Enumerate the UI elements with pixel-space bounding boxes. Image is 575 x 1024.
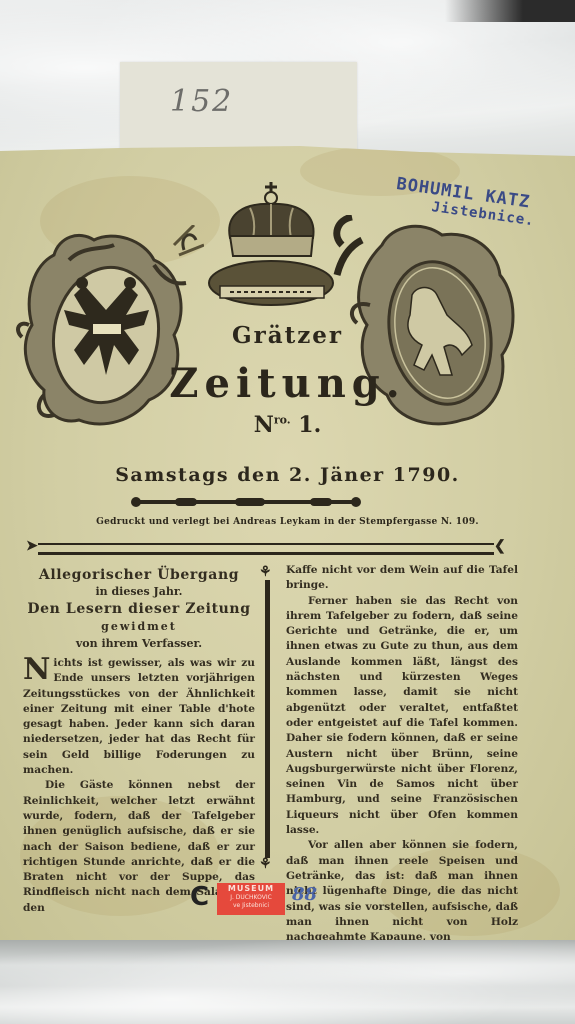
- article-title-line2: in dieses Jahr.: [23, 584, 255, 600]
- article-byline: von ihrem Verfasser.: [23, 636, 255, 652]
- issue-prefix: N: [254, 412, 274, 438]
- column-divider: [265, 580, 270, 858]
- imprint-line: Gedruckt und verlegt bei Andreas Leykam …: [0, 517, 575, 527]
- imperial-crown-icon: [205, 178, 345, 318]
- right-paragraph-3: Vor allen aber können sie fodern, daß ma…: [286, 838, 518, 945]
- issue-sup: ro.: [274, 414, 291, 427]
- blue-ink-mark: 88: [292, 884, 317, 905]
- double-rule-divider: [38, 543, 494, 555]
- right-paragraph-2: Ferner haben sie das Recht von ihrem Taf…: [286, 594, 518, 839]
- masthead-title: Zeitung.: [0, 360, 575, 407]
- left-paragraph-1: Nichts ist gewisser, als was wir zu Ende…: [23, 656, 255, 778]
- column-ornament-bottom-icon: ⚘: [259, 856, 272, 872]
- column-ornament-top-icon: ⚘: [259, 564, 272, 580]
- article-dedication: Den Lesern dieser Zeitung: [23, 600, 255, 618]
- ornament-rule: [135, 500, 357, 504]
- museum-stamp-line2: J. DUCHKOVIC: [217, 894, 285, 903]
- issue-value: 1.: [298, 412, 321, 438]
- archive-tag-number: 152: [170, 84, 233, 119]
- dateline: Samstags den 2. Jäner 1790.: [0, 464, 575, 486]
- rule-arrow-left-icon: ➤: [26, 538, 38, 554]
- masthead-title-small: Grätzer: [0, 322, 575, 349]
- dropcap: N: [23, 657, 50, 683]
- background-shadow: [445, 0, 575, 22]
- rule-arrow-right-icon: ❮: [494, 538, 506, 554]
- left-column: Allegorischer Übergang in dieses Jahr. D…: [23, 566, 255, 916]
- right-paragraph-1: Kaffe nicht vor dem Wein auf die Tafel b…: [286, 563, 518, 594]
- museum-stamp: MUSEUM J. DUCHKOVIC ve Jistebnici: [217, 883, 285, 915]
- catalog-letter: C: [190, 882, 209, 912]
- issue-number: Nro. 1.: [0, 412, 575, 438]
- article-dedication-verb: gewidmet: [23, 618, 255, 636]
- article-title: Allegorischer Übergang: [23, 566, 255, 584]
- archive-tag: [120, 62, 357, 152]
- museum-stamp-title: MUSEUM: [217, 885, 285, 894]
- background-cloth-bottom: [0, 940, 575, 1024]
- right-column: Kaffe nicht vor dem Wein auf die Tafel b…: [286, 563, 518, 945]
- museum-stamp-line3: ve Jistebnici: [217, 902, 285, 911]
